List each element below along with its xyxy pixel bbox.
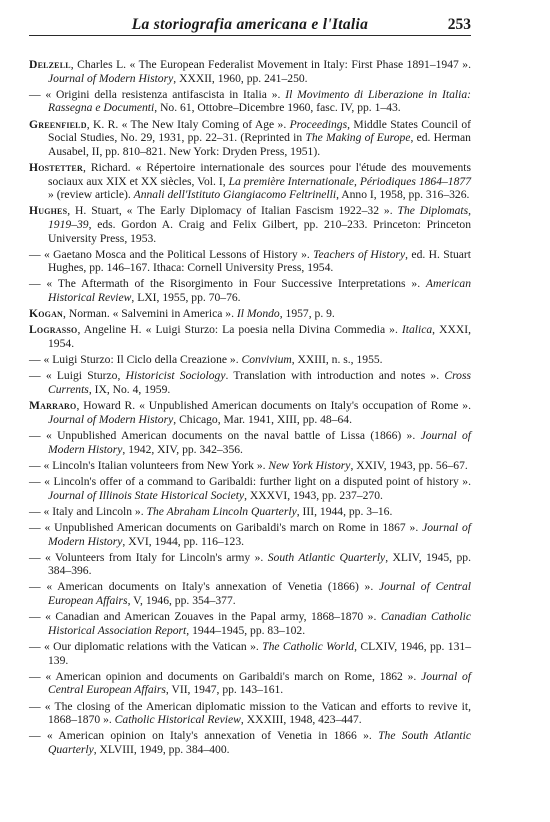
publication-title: Convivium bbox=[242, 353, 292, 366]
ditto-dash: — bbox=[29, 88, 45, 101]
publication-title: Il Mondo bbox=[237, 307, 280, 320]
publication-title: The Abraham Lincoln Quarterly bbox=[147, 505, 297, 518]
publication-title: Journal of Illinois State Historical Soc… bbox=[48, 489, 244, 502]
bibliography-entry: — « Volunteers from Italy for Lincoln's … bbox=[29, 551, 471, 578]
publication-title: The Catholic World bbox=[262, 640, 354, 653]
ditto-dash: — bbox=[29, 353, 44, 366]
ditto-dash: — bbox=[29, 580, 46, 593]
bibliography-entry: — « Origini della resistenza antifascist… bbox=[29, 88, 471, 115]
entry-author: Lograsso bbox=[29, 323, 77, 336]
running-title: La storiografia americana e l'Italia bbox=[29, 16, 471, 34]
bibliography-entry: — « Italy and Lincoln ». The Abraham Lin… bbox=[29, 505, 471, 519]
bibliography-entry: — « Canadian and American Zouaves in the… bbox=[29, 610, 471, 637]
bibliography-entry: — « American documents on Italy's annexa… bbox=[29, 580, 471, 607]
ditto-dash: — bbox=[29, 248, 44, 261]
entry-author: Delzell bbox=[29, 58, 71, 71]
bibliography-entry: — « Unpublished American documents on th… bbox=[29, 429, 471, 456]
bibliography-entry: Greenfield, K. R. « The New Italy Coming… bbox=[29, 118, 471, 159]
bibliography-list: Delzell, Charles L. « The European Feder… bbox=[29, 58, 471, 759]
bibliography-entry: Delzell, Charles L. « The European Feder… bbox=[29, 58, 471, 85]
bibliography-entry: — « The Aftermath of the Risorgimento in… bbox=[29, 277, 471, 304]
ditto-dash: — bbox=[29, 505, 44, 518]
publication-title: Journal of Modern History bbox=[48, 521, 471, 548]
bibliography-entry: Hostetter, Richard. « Répertoire interna… bbox=[29, 161, 471, 202]
bibliography-entry: — « Lincoln's offer of a command to Gari… bbox=[29, 475, 471, 502]
publication-title: Proceedings bbox=[290, 118, 348, 131]
bibliography-entry: Marraro, Howard R. « Unpublished America… bbox=[29, 399, 471, 426]
publication-title: La première Internationale, Périodiques … bbox=[229, 175, 471, 188]
bibliography-entry: Lograsso, Angeline H. « Luigi Sturzo: La… bbox=[29, 323, 471, 350]
publication-title: Journal of Central European Affairs bbox=[48, 580, 471, 607]
ditto-dash: — bbox=[29, 459, 44, 472]
bibliography-entry: Kogan, Norman. « Salvemini in America ».… bbox=[29, 307, 471, 321]
ditto-dash: — bbox=[29, 670, 45, 683]
publication-title: Cross Currents bbox=[48, 369, 471, 396]
bibliography-entry: — « American opinion and documents on Ga… bbox=[29, 670, 471, 697]
entry-author: Greenfield bbox=[29, 118, 87, 131]
publication-title: Journal of Central European Affairs bbox=[48, 670, 471, 697]
bibliography-entry: — « Gaetano Mosca and the Political Less… bbox=[29, 248, 471, 275]
bibliography-entry: Hughes, H. Stuart, « The Early Diplomacy… bbox=[29, 204, 471, 245]
publication-title: Journal of Modern History bbox=[48, 413, 173, 426]
bibliography-entry: — « The closing of the American diplomat… bbox=[29, 700, 471, 727]
entry-author: Kogan bbox=[29, 307, 63, 320]
bibliography-entry: — « Unpublished American documents on Ga… bbox=[29, 521, 471, 548]
bibliography-entry: — « Lincoln's Italian volunteers from Ne… bbox=[29, 459, 471, 473]
publication-title: Annali dell'Istituto Giangiacomo Feltrin… bbox=[134, 188, 336, 201]
header-rule bbox=[29, 35, 471, 36]
ditto-dash: — bbox=[29, 610, 45, 623]
ditto-dash: — bbox=[29, 729, 47, 742]
bibliography-entry: — « Luigi Sturzo, Historicist Sociology.… bbox=[29, 369, 471, 396]
ditto-dash: — bbox=[29, 475, 44, 488]
bibliography-entry: — « Luigi Sturzo: Il Ciclo della Creazio… bbox=[29, 353, 471, 367]
ditto-dash: — bbox=[29, 429, 46, 442]
page-number: 253 bbox=[448, 16, 471, 34]
publication-title: The South Atlantic Quarterly bbox=[48, 729, 471, 756]
publication-title: New York History bbox=[268, 459, 350, 472]
page-header: La storiografia americana e l'Italia 253 bbox=[29, 14, 471, 34]
publication-title: Historicist Sociology bbox=[126, 369, 226, 382]
publication-title: Journal of Modern History bbox=[48, 429, 471, 456]
ditto-dash: — bbox=[29, 640, 44, 653]
ditto-dash: — bbox=[29, 700, 45, 713]
publication-title: The Diplomats, 1919–39 bbox=[48, 204, 471, 231]
publication-title: The Making of Europe bbox=[305, 131, 410, 144]
publication-title: Catholic Historical Review bbox=[115, 713, 241, 726]
publication-title: South Atlantic Quarterly bbox=[268, 551, 385, 564]
ditto-dash: — bbox=[29, 277, 46, 290]
publication-title: Canadian Catholic Historical Association… bbox=[48, 610, 471, 637]
publication-title: American Historical Review bbox=[48, 277, 471, 304]
ditto-dash: — bbox=[29, 521, 44, 534]
ditto-dash: — bbox=[29, 369, 46, 382]
publication-title: Teachers of History bbox=[313, 248, 405, 261]
entry-author: Hostetter bbox=[29, 161, 83, 174]
publication-title: Journal of Modern History bbox=[48, 72, 173, 85]
publication-title: Il Movimento di Liberazione in Italia: R… bbox=[48, 88, 471, 115]
publication-title: Italica bbox=[402, 323, 432, 336]
entry-author: Hughes bbox=[29, 204, 67, 217]
entry-author: Marraro bbox=[29, 399, 76, 412]
ditto-dash: — bbox=[29, 551, 45, 564]
bibliography-entry: — « Our diplomatic relations with the Va… bbox=[29, 640, 471, 667]
bibliography-entry: — « American opinion on Italy's annexati… bbox=[29, 729, 471, 756]
